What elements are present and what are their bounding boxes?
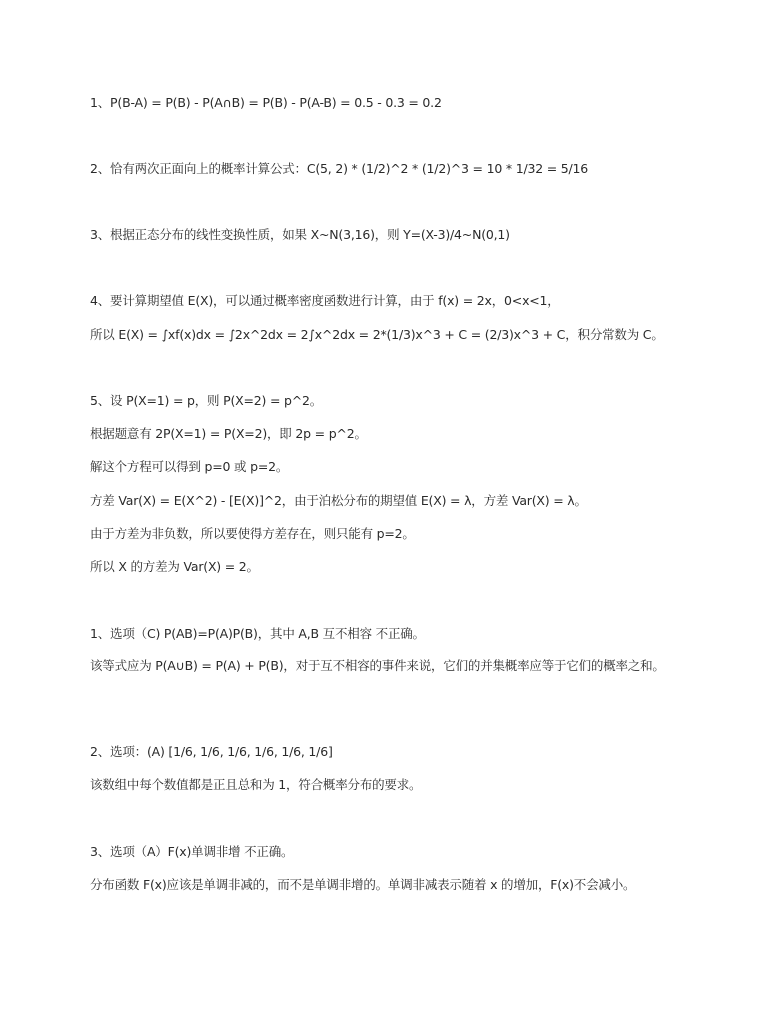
- answer-4-line-2: 所以 E(X) = ∫xf(x)dx = ∫2x^2dx = 2∫x^2dx =…: [90, 326, 690, 343]
- answer-2-line-1: 2、恰有两次正面向上的概率计算公式：C(5, 2) * (1/2)^2 * (1…: [90, 160, 690, 177]
- answer-5-line-4: 方差 Var(X) = E(X^2) - [E(X)]^2，由于泊松分布的期望值…: [90, 492, 690, 509]
- choice-1-line-1: 1、选项（C) P(AB)=P(A)P(B)，其中 A,B 互不相容 不正确。: [90, 625, 690, 642]
- choice-1-line-2: 该等式应为 P(A∪B) = P(A) + P(B)，对于互不相容的事件来说，它…: [90, 656, 675, 676]
- answer-5-line-5: 由于方差为非负数，所以要使得方差存在，则只能有 p=2。: [90, 525, 690, 542]
- document-page: 1、P(B-A) = P(B) - P(A∩B) = P(B) - P(A-B)…: [0, 0, 768, 1024]
- choice-2-line-1: 2、选项：(A) [1/6, 1/6, 1/6, 1/6, 1/6, 1/6]: [90, 743, 690, 760]
- answer-5-line-3: 解这个方程可以得到 p=0 或 p=2。: [90, 458, 690, 475]
- choice-2-line-2: 该数组中每个数值都是正且总和为 1，符合概率分布的要求。: [90, 776, 690, 793]
- choice-3-line-1: 3、选项（A）F(x)单调非增 不正确。: [90, 843, 690, 860]
- answer-5-line-6: 所以 X 的方差为 Var(X) = 2。: [90, 558, 690, 575]
- choice-3-line-2: 分布函数 F(x)应该是单调非减的，而不是单调非增的。单调非减表示随着 x 的增…: [90, 876, 690, 893]
- answer-4-line-1: 4、要计算期望值 E(X)，可以通过概率密度函数进行计算，由于 f(x) = 2…: [90, 292, 690, 309]
- answer-5-line-2: 根据题意有 2P(X=1) = P(X=2)，即 2p = p^2。: [90, 425, 690, 442]
- answer-5-line-1: 5、设 P(X=1) = p，则 P(X=2) = p^2。: [90, 392, 690, 409]
- answer-1-line-1: 1、P(B-A) = P(B) - P(A∩B) = P(B) - P(A-B)…: [90, 94, 690, 111]
- answer-3-line-1: 3、根据正态分布的线性变换性质，如果 X~N(3,16)，则 Y=(X-3)/4…: [90, 226, 690, 243]
